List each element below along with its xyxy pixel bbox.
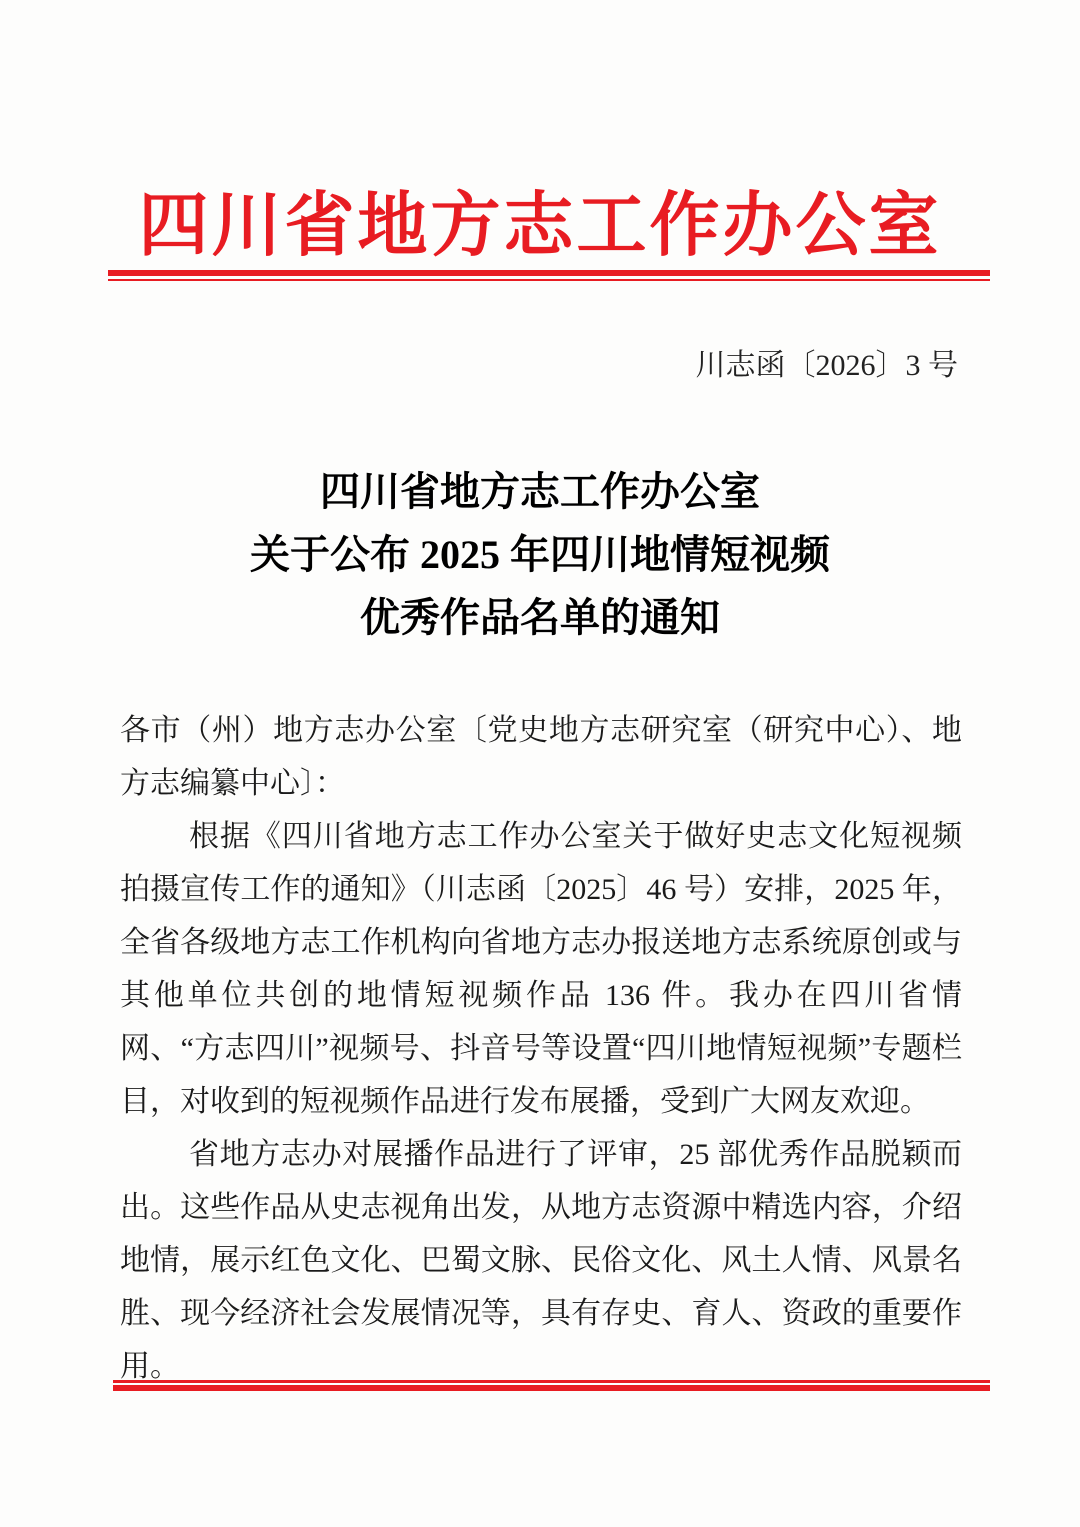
document-body: 各市（州）地方志办公室〔党史地方志研究室（研究中心）、地方志编纂中心〕： 根据《…	[120, 704, 962, 1393]
title-line-1: 四川省地方志工作办公室	[0, 460, 1080, 523]
footer-rule-thick	[113, 1385, 990, 1391]
body-paragraph-2: 省地方志办对展播作品进行了评审，25 部优秀作品脱颖而出。这些作品从史志视角出发…	[120, 1128, 962, 1393]
salutation: 各市（州）地方志办公室〔党史地方志研究室（研究中心）、地方志编纂中心〕：	[120, 704, 962, 810]
footer-rule	[113, 1380, 990, 1391]
letterhead-org-name: 四川省地方志工作办公室	[0, 186, 1080, 268]
title-line-3: 优秀作品名单的通知	[0, 586, 1080, 649]
document-title: 四川省地方志工作办公室 关于公布 2025 年四川地情短视频 优秀作品名单的通知	[0, 460, 1080, 649]
title-line-2: 关于公布 2025 年四川地情短视频	[0, 523, 1080, 586]
letterhead-rule-thin	[108, 279, 990, 281]
body-paragraph-1: 根据《四川省地方志工作办公室关于做好史志文化短视频拍摄宣传工作的通知》（川志函〔…	[120, 810, 962, 1128]
letterhead-rule	[108, 270, 990, 281]
doc-number: 川志函〔2026〕3 号	[696, 346, 959, 386]
document-page: 四川省地方志工作办公室 川志函〔2026〕3 号 四川省地方志工作办公室 关于公…	[0, 0, 1080, 1527]
